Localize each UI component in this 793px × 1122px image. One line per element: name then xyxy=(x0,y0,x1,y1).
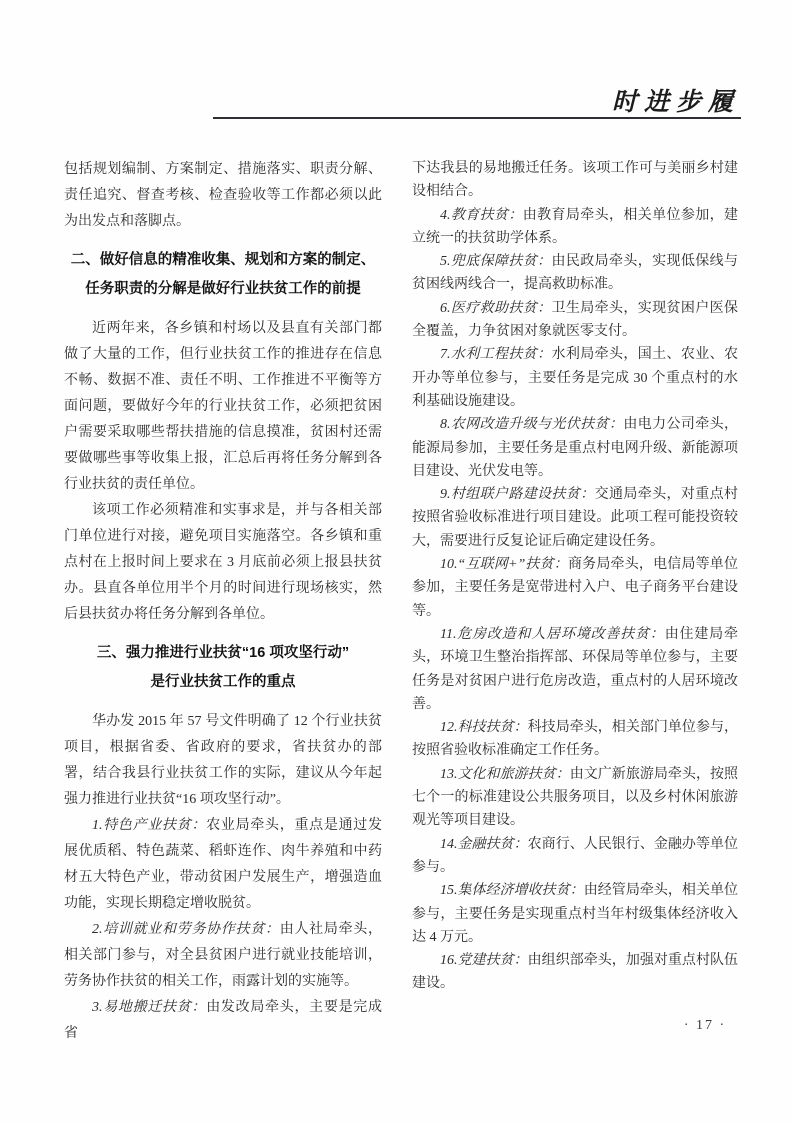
left-column: 包括规划编制、方案制定、措施落实、职责分解、责任追究、督查考核、检查验收等工作都… xyxy=(64,157,382,1047)
list-item-15: 15.集体经济增收扶贫：由经管局牵头，相关单位参与，主要任务是实现重点村当年村级… xyxy=(412,879,738,949)
list-item-13: 13.文化和旅游扶贫：由文广新旅游局牵头，按照七个一的标准建设公共服务项目，以及… xyxy=(412,763,738,833)
section-heading-3: 三、强力推进行业扶贫“16 项攻坚行动” 是行业扶贫工作的重点 xyxy=(64,639,382,697)
list-item-10: 10.“互联网+”扶贫：商务局牵头，电信局等单位参加，主要任务是宽带进村入户、电… xyxy=(412,553,738,623)
heading-line-1: 三、强力推进行业扶贫“16 项攻坚行动” xyxy=(64,639,382,668)
item-label: 13.文化和旅游扶贫： xyxy=(440,767,570,782)
list-item-3: 3.易地搬迁扶贫：由发改局牵头，主要是完成省 xyxy=(64,995,382,1047)
item-label: 12.科技扶贫： xyxy=(440,720,528,735)
list-item-9: 9.村组联户路建设扶贫：交通局牵头，对重点村按照省验收标准进行项目建设。此项工程… xyxy=(412,483,738,553)
page-body: 包括规划编制、方案制定、措施落实、职责分解、责任追究、督查考核、检查验收等工作都… xyxy=(64,157,738,1047)
item-label: 16.党建扶贫： xyxy=(440,953,528,968)
list-item-11: 11.危房改造和人居环境改善扶贫：由住建局牵头，环境卫生整治指挥部、环保局等单位… xyxy=(412,623,738,716)
heading-line-2: 任务职责的分解是做好行业扶贫工作的前提 xyxy=(64,275,382,304)
header-title: 时进步履 xyxy=(612,82,742,118)
list-item-12: 12.科技扶贫：科技局牵头，相关部门单位参与，按照省验收标准确定工作任务。 xyxy=(412,716,738,763)
item-label: 5.兜底保障扶贫： xyxy=(440,254,552,269)
item-label: 1.特色产业扶贫： xyxy=(92,818,206,833)
header-rule xyxy=(213,117,741,119)
paragraph-continuation: 下达我县的易地搬迁任务。该项工作可与美丽乡村建设相结合。 xyxy=(412,157,738,204)
list-item-5: 5.兜底保障扶贫：由民政局牵头，实现低保线与贫困线两线合一，提高救助标准。 xyxy=(412,250,738,297)
list-item-8: 8.农网改造升级与光伏扶贫：由电力公司牵头，能源局参加，主要任务是重点村电网升级… xyxy=(412,413,738,483)
list-item-2: 2.培训就业和劳务协作扶贫：由人社局牵头，相关部门参与，对全县贫困户进行就业技能… xyxy=(64,917,382,995)
item-label: 7.水利工程扶贫： xyxy=(440,347,552,362)
heading-line-2: 是行业扶贫工作的重点 xyxy=(64,668,382,697)
item-label: 2.培训就业和劳务协作扶贫： xyxy=(92,922,280,937)
item-label: 15.集体经济增收扶贫： xyxy=(440,883,584,898)
paragraph-continuation: 包括规划编制、方案制定、措施落实、职责分解、责任追究、督查考核、检查验收等工作都… xyxy=(64,157,382,235)
list-item-4: 4.教育扶贫：由教育局牵头，相关单位参加，建立统一的扶贫助学体系。 xyxy=(412,204,738,251)
page-number: · 17 · xyxy=(660,1018,750,1034)
item-label: 14.金融扶贫： xyxy=(440,837,528,852)
item-label: 3.易地搬迁扶贫： xyxy=(92,1000,206,1015)
section-heading-2: 二、做好信息的精准收集、规划和方案的制定、 任务职责的分解是做好行业扶贫工作的前… xyxy=(64,246,382,304)
item-label: 8.农网改造升级与光伏扶贫： xyxy=(440,417,623,432)
heading-line-1: 二、做好信息的精准收集、规划和方案的制定、 xyxy=(64,246,382,275)
item-label: 6.医疗救助扶贫： xyxy=(440,301,552,316)
list-item-14: 14.金融扶贫：农商行、人民银行、金融办等单位参与。 xyxy=(412,833,738,880)
list-item-7: 7.水利工程扶贫：水利局牵头，国土、农业、农开办等单位参与，主要任务是完成 30… xyxy=(412,343,738,413)
paragraph: 华办发 2015 年 57 号文件明确了 12 个行业扶贫项目，根据省委、省政府… xyxy=(64,709,382,813)
right-column: 下达我县的易地搬迁任务。该项工作可与美丽乡村建设相结合。 4.教育扶贫：由教育局… xyxy=(412,157,738,1047)
list-item-16: 16.党建扶贫：由组织部牵头，加强对重点村队伍建设。 xyxy=(412,949,738,996)
item-label: 10.“互联网+”扶贫： xyxy=(440,557,568,572)
list-item-1: 1.特色产业扶贫：农业局牵头，重点是通过发展优质稻、特色蔬菜、稻虾连作、肉牛养殖… xyxy=(64,813,382,917)
paragraph: 该项工作必须精准和实事求是，并与各相关部门单位进行对接，避免项目实施落空。各乡镇… xyxy=(64,498,382,628)
item-label: 4.教育扶贫： xyxy=(440,208,523,223)
paragraph: 近两年来，各乡镇和村场以及县直有关部门都做了大量的工作，但行业扶贫工作的推进存在… xyxy=(64,316,382,498)
list-item-6: 6.医疗救助扶贫：卫生局牵头，实现贫困户医保全覆盖，力争贫困对象就医零支付。 xyxy=(412,297,738,344)
item-label: 11.危房改造和人居环境改善扶贫： xyxy=(440,627,665,642)
item-label: 9.村组联户路建设扶贫： xyxy=(440,487,595,502)
document-page: 时进步履 包括规划编制、方案制定、措施落实、职责分解、责任追究、督查考核、检查验… xyxy=(0,0,793,1122)
